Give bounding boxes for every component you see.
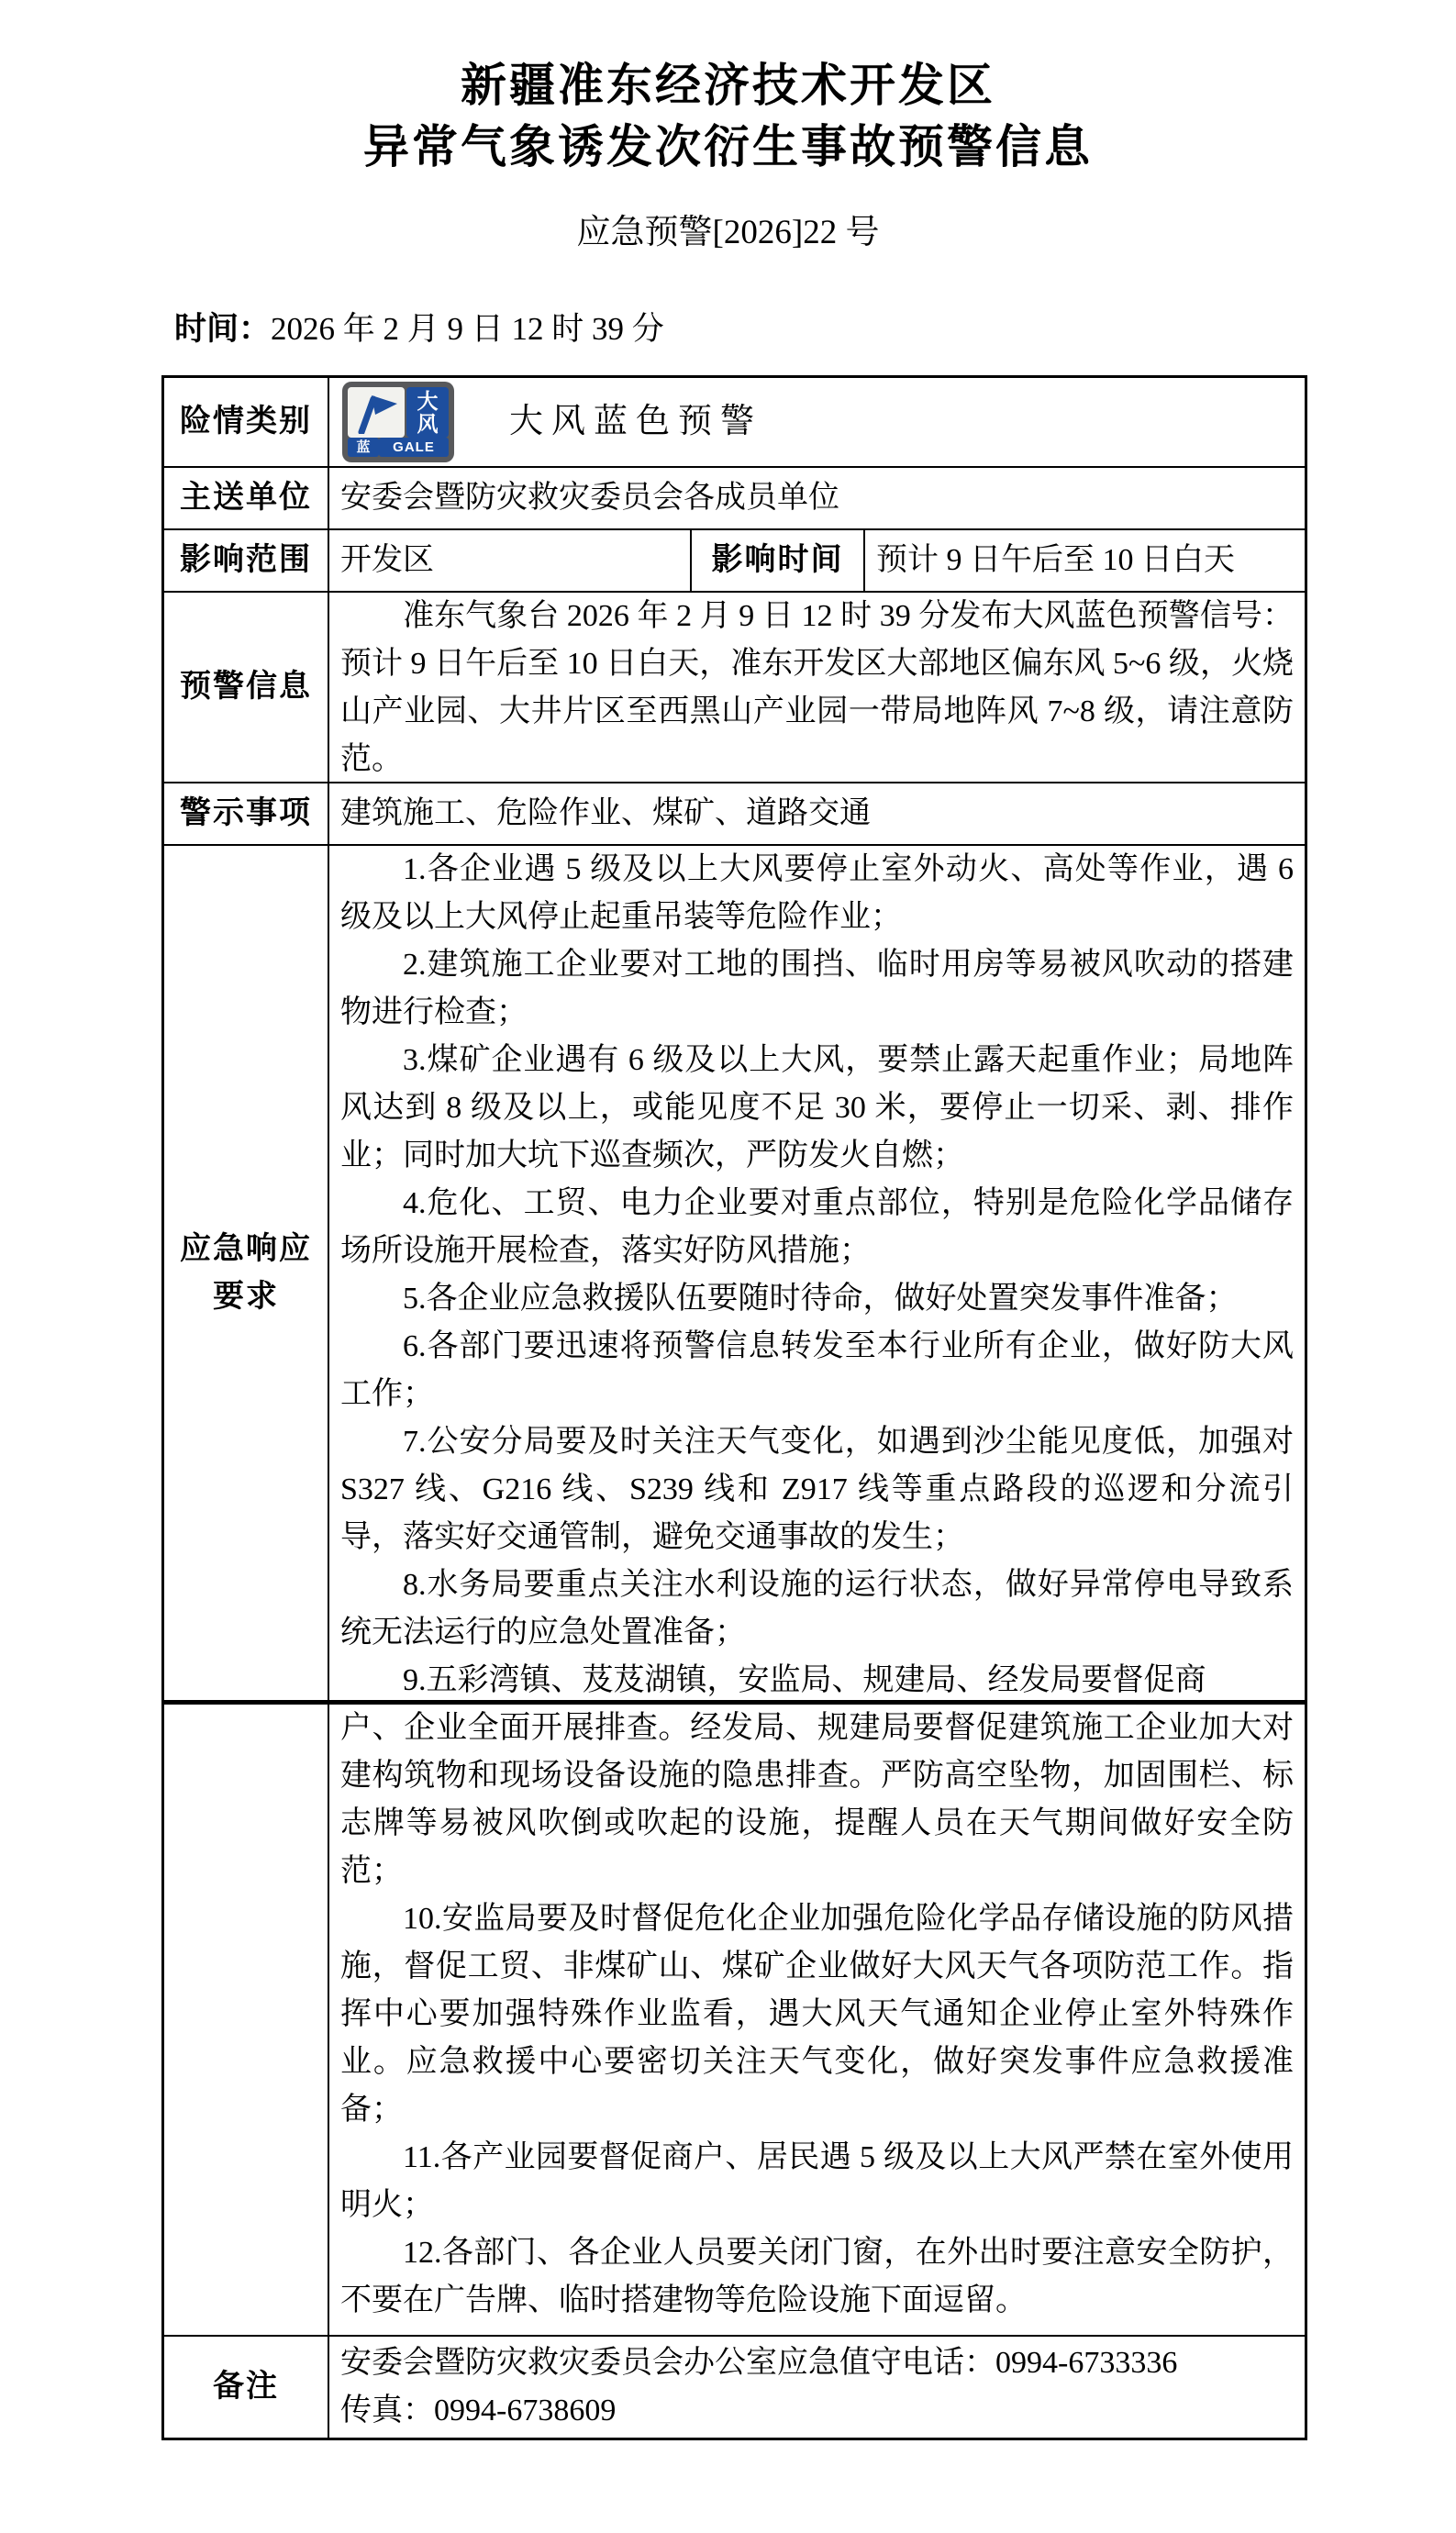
paragraph: 12.各部门、各企业人员要关闭门窗，在外出时要注意安全防护，不要在广告牌、临时搭…: [340, 2229, 1294, 2325]
risk-type-value: 大风蓝色预警: [509, 398, 762, 446]
paragraph: 1.各企业遇 5 级及以上大风要停止室外动火、高处等作业，遇 6 级及以上大风停…: [340, 846, 1294, 941]
paragraph: 10.安监局要及时督促危化企业加强危险化学品存储设施的防风措施，督促工贸、非煤矿…: [340, 1895, 1294, 2134]
title-line-2: 异常气象诱发次衍生事故预警信息: [0, 117, 1456, 178]
gale-char-top: 大: [417, 390, 439, 413]
time-label: 时间：: [174, 311, 271, 347]
table-row-risk-type: 险情类别 大 风 蓝 GALE 大风蓝色预警: [164, 378, 1305, 468]
document-number: 应急预警[2026]22 号: [0, 214, 1456, 252]
warning-info-label: 预警信息: [164, 593, 329, 782]
table-row-response-part2: 户、企业全面开展排查。经发局、规建局要督促建筑施工企业加大对建构筑物和现场设备设…: [164, 1705, 1305, 2337]
paragraph: 6.各部门要迅速将预警信息转发至本行业所有企业，做好防大风工作；: [340, 1323, 1294, 1418]
paragraph: 5.各企业应急救援队伍要随时待命，做好处置突发事件准备；: [340, 1275, 1294, 1323]
table-row-response-part1: 应急响应 要求 1.各企业遇 5 级及以上大风要停止室外动火、高处等作业，遇 6…: [164, 846, 1305, 1705]
recipients-value: 安委会暨防灾救灾委员会各成员单位: [329, 468, 1305, 528]
table-row-scope-period: 影响范围 开发区 影响时间 预计 9 日午后至 10 日白天: [164, 530, 1305, 593]
response-label-line1: 应急响应: [180, 1226, 312, 1273]
alert-items-value: 建筑施工、危险作业、煤矿、道路交通: [329, 783, 1305, 844]
gale-english-tile: GALE: [379, 438, 449, 457]
table-row-remark: 备注 安委会暨防灾救灾委员会办公室应急值守电话：0994-6733336传真：0…: [164, 2337, 1305, 2438]
table-row-warning-info: 预警信息 准东气象台 2026 年 2 月 9 日 12 时 39 分发布大风蓝…: [164, 593, 1305, 783]
response-items-part1: 1.各企业遇 5 级及以上大风要停止室外动火、高处等作业，遇 6 级及以上大风停…: [329, 846, 1305, 1700]
paragraph: 9.五彩湾镇、芨芨湖镇，安监局、规建局、经发局要督促商: [340, 1657, 1294, 1705]
blue-level-tile: 蓝: [348, 438, 379, 457]
table-row-recipients: 主送单位 安委会暨防灾救灾委员会各成员单位: [164, 468, 1305, 530]
paragraph: 准东气象台 2026 年 2 月 9 日 12 时 39 分发布大风蓝色预警信号…: [340, 593, 1294, 783]
document-page: 新疆准东经济技术开发区 异常气象诱发次衍生事故预警信息 应急预警[2026]22…: [0, 0, 1456, 2533]
warning-table: 险情类别 大 风 蓝 GALE 大风蓝色预警: [161, 375, 1307, 2440]
table-row-alert-items: 警示事项 建筑施工、危险作业、煤矿、道路交通: [164, 783, 1305, 846]
gale-warning-icon: 大 风 蓝 GALE: [342, 382, 454, 462]
paragraph: 4.危化、工贸、电力企业要对重点部位，特别是危险化学品储存场所设施开展检查，落实…: [340, 1180, 1294, 1275]
title-line-1: 新疆准东经济技术开发区: [0, 55, 1456, 117]
scope-label: 影响范围: [164, 530, 329, 591]
remark-text: 安委会暨防灾救灾委员会办公室应急值守电话：0994-6733336传真：0994…: [329, 2337, 1305, 2438]
response-label: 应急响应 要求: [164, 846, 329, 1700]
paragraph: 传真：0994-6738609: [340, 2387, 1294, 2435]
recipients-label: 主送单位: [164, 468, 329, 528]
paragraph: 安委会暨防灾救灾委员会办公室应急值守电话：0994-6733336: [340, 2339, 1294, 2387]
paragraph: 8.水务局要重点关注水利设施的运行状态，做好异常停电导致系统无法运行的应急处置准…: [340, 1561, 1294, 1657]
paragraph: 3.煤矿企业遇有 6 级及以上大风，要禁止露天起重作业；局地阵风达到 8 级及以…: [340, 1037, 1294, 1180]
issue-time-line: 时间：2026 年 2 月 9 日 12 时 39 分: [174, 310, 664, 349]
response-label-line2: 要求: [213, 1273, 279, 1321]
remark-label: 备注: [164, 2337, 329, 2438]
paragraph: 2.建筑施工企业要对工地的围挡、临时用房等易被风吹动的搭建物进行检查；: [340, 941, 1294, 1037]
alert-items-label: 警示事项: [164, 783, 329, 844]
risk-type-label: 险情类别: [164, 378, 329, 466]
paragraph: 11.各产业园要督促商户、居民遇 5 级及以上大风严禁在室外使用明火；: [340, 2134, 1294, 2229]
document-title: 新疆准东经济技术开发区 异常气象诱发次衍生事故预警信息: [0, 55, 1456, 178]
paragraph: 7.公安分局要及时关注天气变化，如遇到沙尘能见度低，加强对 S327 线、G21…: [340, 1418, 1294, 1561]
warning-info-text: 准东气象台 2026 年 2 月 9 日 12 时 39 分发布大风蓝色预警信号…: [329, 593, 1305, 782]
period-label: 影响时间: [690, 530, 865, 591]
response-label-empty: [164, 1705, 329, 2335]
time-value: 2026 年 2 月 9 日 12 时 39 分: [271, 311, 664, 347]
risk-type-value-cell: 大 风 蓝 GALE 大风蓝色预警: [329, 378, 1305, 466]
scope-value: 开发区: [329, 530, 690, 591]
response-items-part2: 户、企业全面开展排查。经发局、规建局要督促建筑施工企业加大对建构筑物和现场设备设…: [329, 1705, 1305, 2335]
period-value: 预计 9 日午后至 10 日白天: [865, 530, 1305, 591]
paragraph: 户、企业全面开展排查。经发局、规建局要督促建筑施工企业加大对建构筑物和现场设备设…: [340, 1705, 1294, 1895]
